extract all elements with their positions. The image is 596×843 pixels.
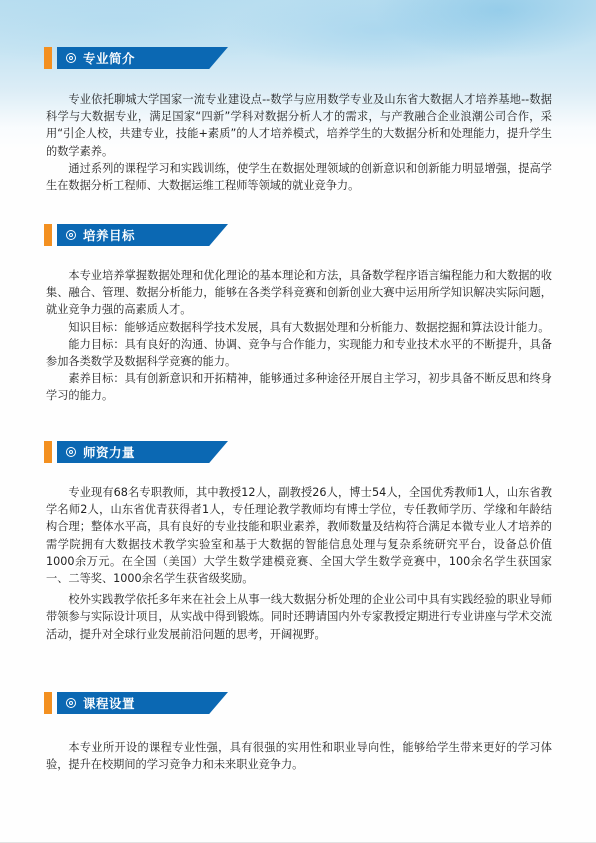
section-title: 师资力量 [83, 443, 135, 461]
double-circle-icon [66, 230, 76, 240]
header-title-bar: 课程设置 [57, 692, 228, 714]
section-header-goals: 培养目标 [44, 224, 229, 246]
double-circle-icon [66, 53, 76, 63]
paragraph: 能力目标：具有良好的沟通、协调、竞争与合作能力，实现能力和专业技术水平的不断提升… [46, 336, 552, 370]
header-accent-bar [44, 692, 52, 714]
header-title-bar: 专业简介 [57, 47, 228, 69]
section-title: 专业简介 [83, 49, 135, 67]
paragraph: 本专业培养掌握数据处理和优化理论的基本理论和方法，具备数学程序语言编程能力和大数… [46, 267, 552, 319]
section-header-intro: 专业简介 [44, 47, 229, 69]
section-body-courses: 本专业所开设的课程专业性强，具有很强的实用性和职业导向性，能够给学生带来更好的学… [46, 739, 552, 773]
paragraph: 知识目标：能够适应数据科学技术发展，具有大数据处理和分析能力、数据挖掘和算法设计… [46, 319, 552, 336]
paragraph: 专业现有68名专职教师，其中教授12人，副教授26人，博士54人，全国优秀教师1… [46, 484, 552, 587]
header-title-bar: 培养目标 [57, 224, 228, 246]
paragraph: 素养目标：具有创新意识和开拓精神，能够通过多种途径开展自主学习，初步具备不断反思… [46, 370, 552, 404]
double-circle-icon [66, 447, 76, 457]
header-accent-bar [44, 47, 52, 69]
header-title-bar: 师资力量 [57, 441, 228, 463]
section-body-goals: 本专业培养掌握数据处理和优化理论的基本理论和方法，具备数学程序语言编程能力和大数… [46, 267, 552, 405]
header-accent-bar [44, 224, 52, 246]
document-page: 专业简介 专业依托聊城大学国家一流专业建设点--数学与应用数学专业及山东省大数据… [0, 0, 596, 843]
paragraph: 校外实践教学依托多年来在社会上从事一线大数据分析处理的企业公司中具有实践经验的职… [46, 591, 552, 643]
paragraph: 专业依托聊城大学国家一流专业建设点--数学与应用数学专业及山东省大数据人才培养基… [46, 91, 552, 160]
section-header-courses: 课程设置 [44, 692, 229, 714]
paragraph: 本专业所开设的课程专业性强，具有很强的实用性和职业导向性，能够给学生带来更好的学… [46, 739, 552, 773]
section-title: 课程设置 [83, 694, 135, 712]
double-circle-icon [66, 698, 76, 708]
section-body-faculty: 专业现有68名专职教师，其中教授12人，副教授26人，博士54人，全国优秀教师1… [46, 484, 552, 643]
paragraph: 通过系列的课程学习和实践训练，使学生在数据处理领域的创新意识和创新能力明显增强，… [46, 160, 552, 194]
section-header-faculty: 师资力量 [44, 441, 229, 463]
section-title: 培养目标 [83, 226, 135, 244]
section-body-intro: 专业依托聊城大学国家一流专业建设点--数学与应用数学专业及山东省大数据人才培养基… [46, 91, 552, 194]
header-accent-bar [44, 441, 52, 463]
